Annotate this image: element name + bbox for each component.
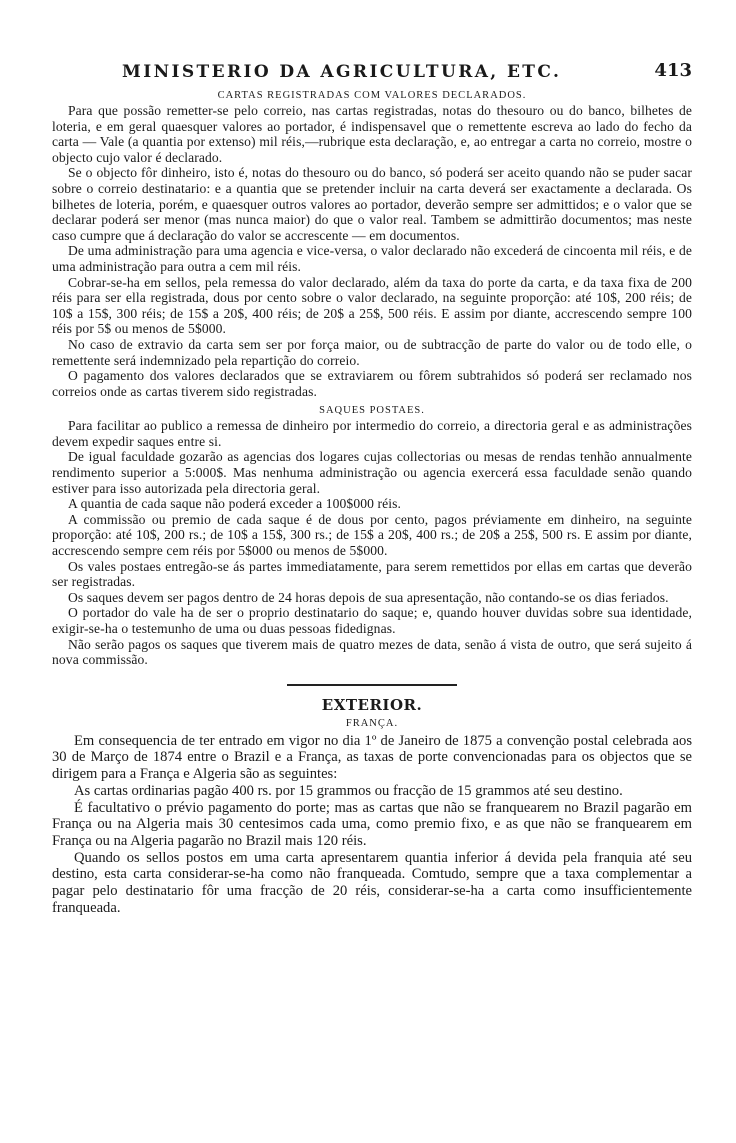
paragraph: O pagamento dos valores declarados que s…	[52, 368, 692, 399]
paragraph: Se o objecto fôr dinheiro, isto é, notas…	[52, 165, 692, 243]
section-divider	[287, 684, 457, 686]
running-title: MINISTERIO DA AGRICULTURA, ETC.	[122, 62, 561, 82]
section-exterior: Em consequencia de ter entrado em vigor …	[52, 733, 692, 917]
paragraph: A commissão ou premio de cada saque é de…	[52, 512, 692, 559]
paragraph: O portador do vale ha de ser o proprio d…	[52, 605, 692, 636]
section-cartas-registradas: Para que possão remetter-se pelo correio…	[52, 103, 692, 399]
paragraph: Em consequencia de ter entrado em vigor …	[52, 733, 692, 783]
section-heading-exterior: EXTERIOR.	[52, 696, 692, 714]
paragraph: Para facilitar ao publico a remessa de d…	[52, 418, 692, 449]
paragraph: No caso de extravio da carta sem ser por…	[52, 337, 692, 368]
section-saques-postaes: Para facilitar ao publico a remessa de d…	[52, 418, 692, 668]
paragraph: A quantia de cada saque não poderá exced…	[52, 496, 692, 512]
paragraph: É facultativo o prévio pagamento do port…	[52, 800, 692, 850]
page-number: 413	[654, 60, 692, 81]
section-heading-cartas-registradas: CARTAS REGISTRADAS COM VALORES DECLARADO…	[52, 90, 692, 101]
paragraph: As cartas ordinarias pagão 400 rs. por 1…	[52, 783, 692, 800]
running-head: MINISTERIO DA AGRICULTURA, ETC. 413	[52, 60, 692, 86]
paragraph: Os vales postaes entregão-se ás partes i…	[52, 559, 692, 590]
subheading-franca: FRANÇA.	[52, 718, 692, 729]
paragraph: Cobrar-se-ha em sellos, pela remessa do …	[52, 275, 692, 337]
paragraph: Não serão pagos os saques que tiverem ma…	[52, 637, 692, 668]
paragraph: Para que possão remetter-se pelo correio…	[52, 103, 692, 165]
paragraph: De uma administração para uma agencia e …	[52, 243, 692, 274]
paragraph: Os saques devem ser pagos dentro de 24 h…	[52, 590, 692, 606]
document-page: MINISTERIO DA AGRICULTURA, ETC. 413 CART…	[52, 60, 692, 917]
paragraph: Quando os sellos postos em uma carta apr…	[52, 850, 692, 917]
paragraph: De igual faculdade gozarão as agencias d…	[52, 449, 692, 496]
section-heading-saques-postaes: SAQUES POSTAES.	[52, 405, 692, 416]
